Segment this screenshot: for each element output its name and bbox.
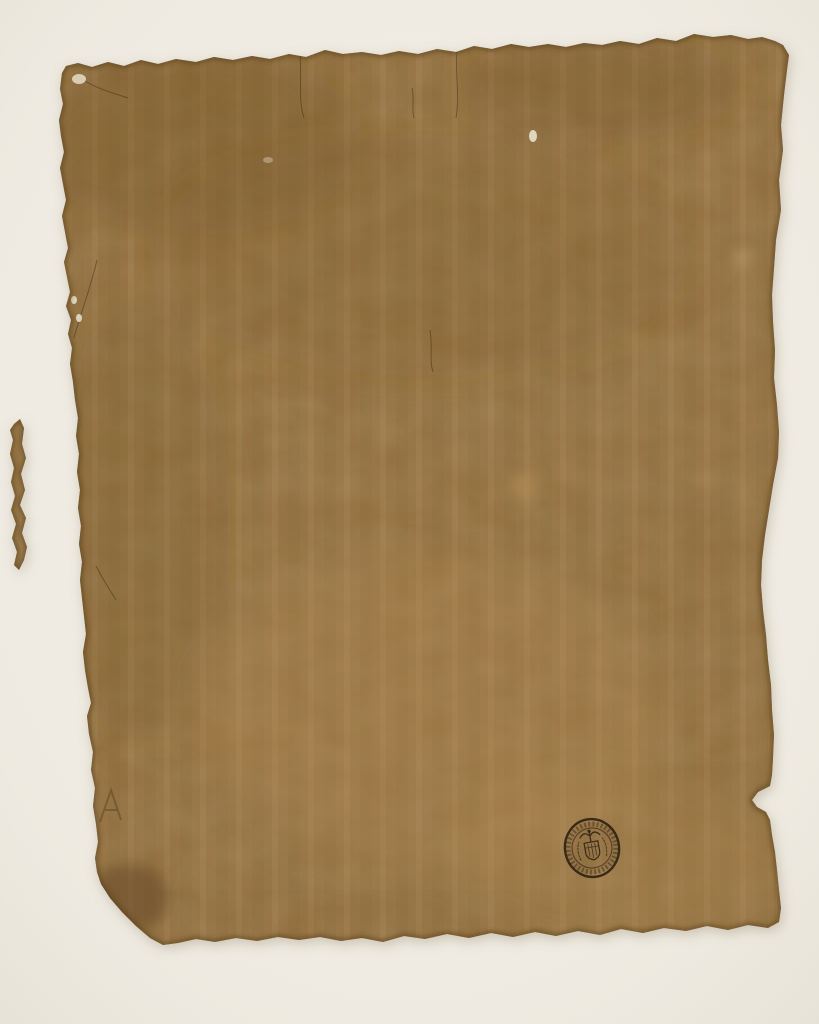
chip-fleck — [263, 157, 273, 163]
chip-top-center — [529, 130, 537, 142]
paper-texture-group — [0, 0, 819, 1024]
chip-top-left — [72, 74, 86, 84]
scan-stage — [0, 0, 819, 1024]
chip-left-edge-2 — [76, 314, 82, 322]
manuscript-scan — [0, 0, 819, 1024]
chip-left-edge-1 — [71, 296, 77, 304]
